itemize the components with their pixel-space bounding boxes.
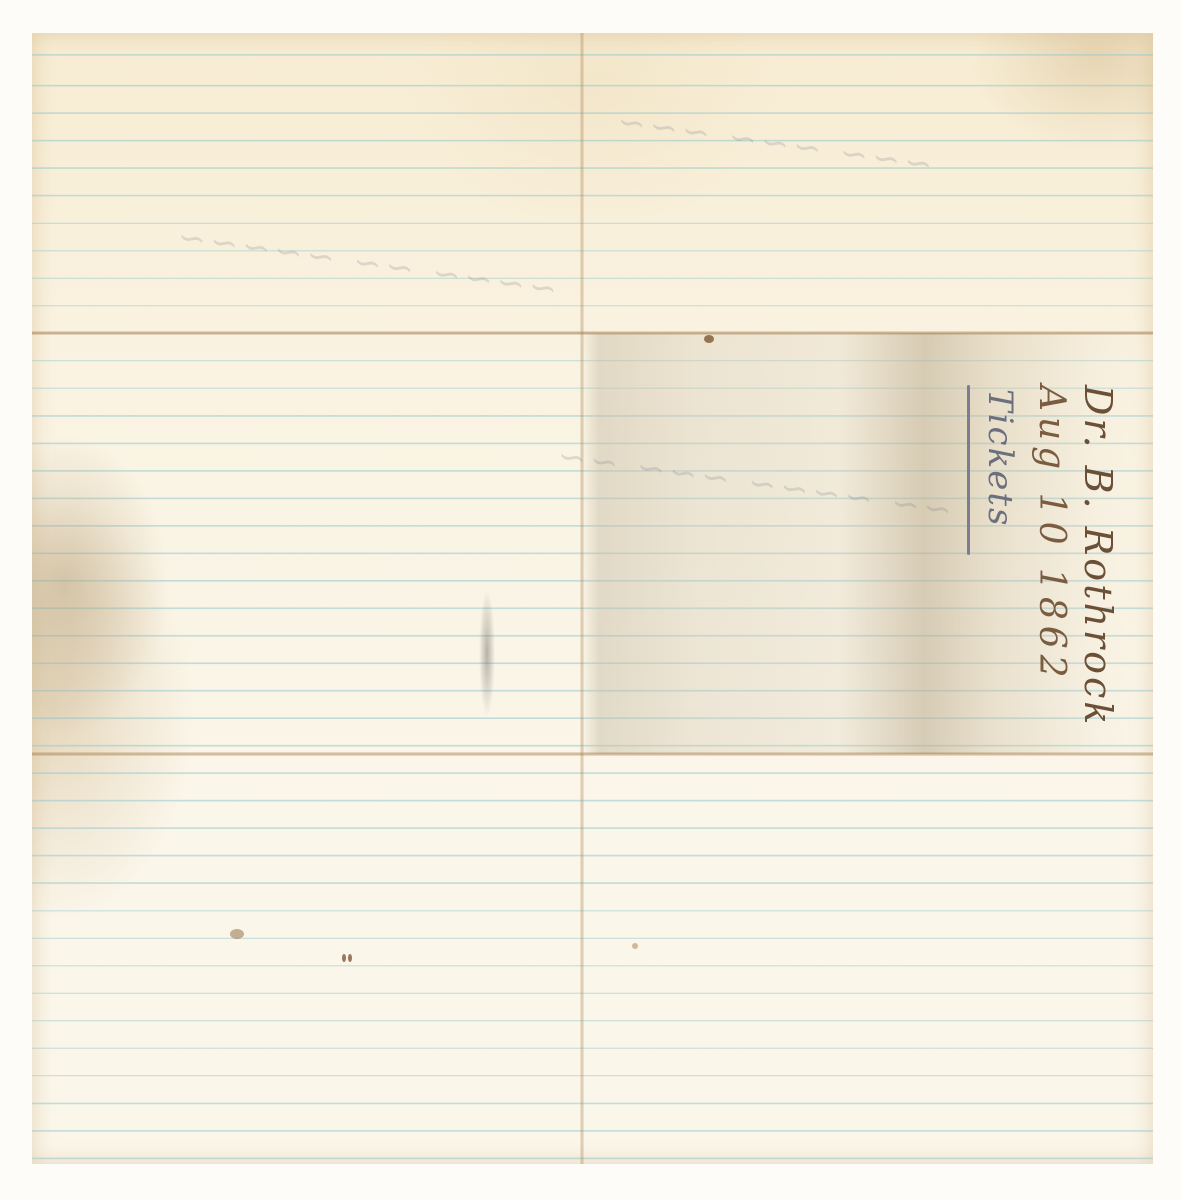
ink-spot (230, 929, 244, 939)
water-stain-left (32, 333, 192, 754)
horizontal-fold-lower (32, 752, 1153, 756)
docket-date: Aug 10 1862 (1031, 385, 1072, 684)
docket-subject: Tickets (980, 389, 1020, 527)
ink-spot (342, 954, 346, 962)
ink-spot (348, 954, 352, 962)
smudge-mark (472, 573, 502, 733)
docket-annotation: Dr. B. Rothrock Aug 10 1862 Tickets (1000, 385, 1120, 705)
docket-sender-name: Dr. B. Rothrock (1076, 385, 1120, 727)
ink-spot (632, 943, 638, 949)
letter-paper: ~~~ ~~~ ~~~ ~~~~ ~~ ~~~~~ ~~ ~~~~ ~~~ ~~ (32, 33, 1153, 1164)
horizontal-fold-upper (32, 331, 1153, 335)
vertical-fold (580, 33, 584, 1164)
docket-underline (967, 385, 970, 555)
ink-spot (704, 335, 714, 343)
